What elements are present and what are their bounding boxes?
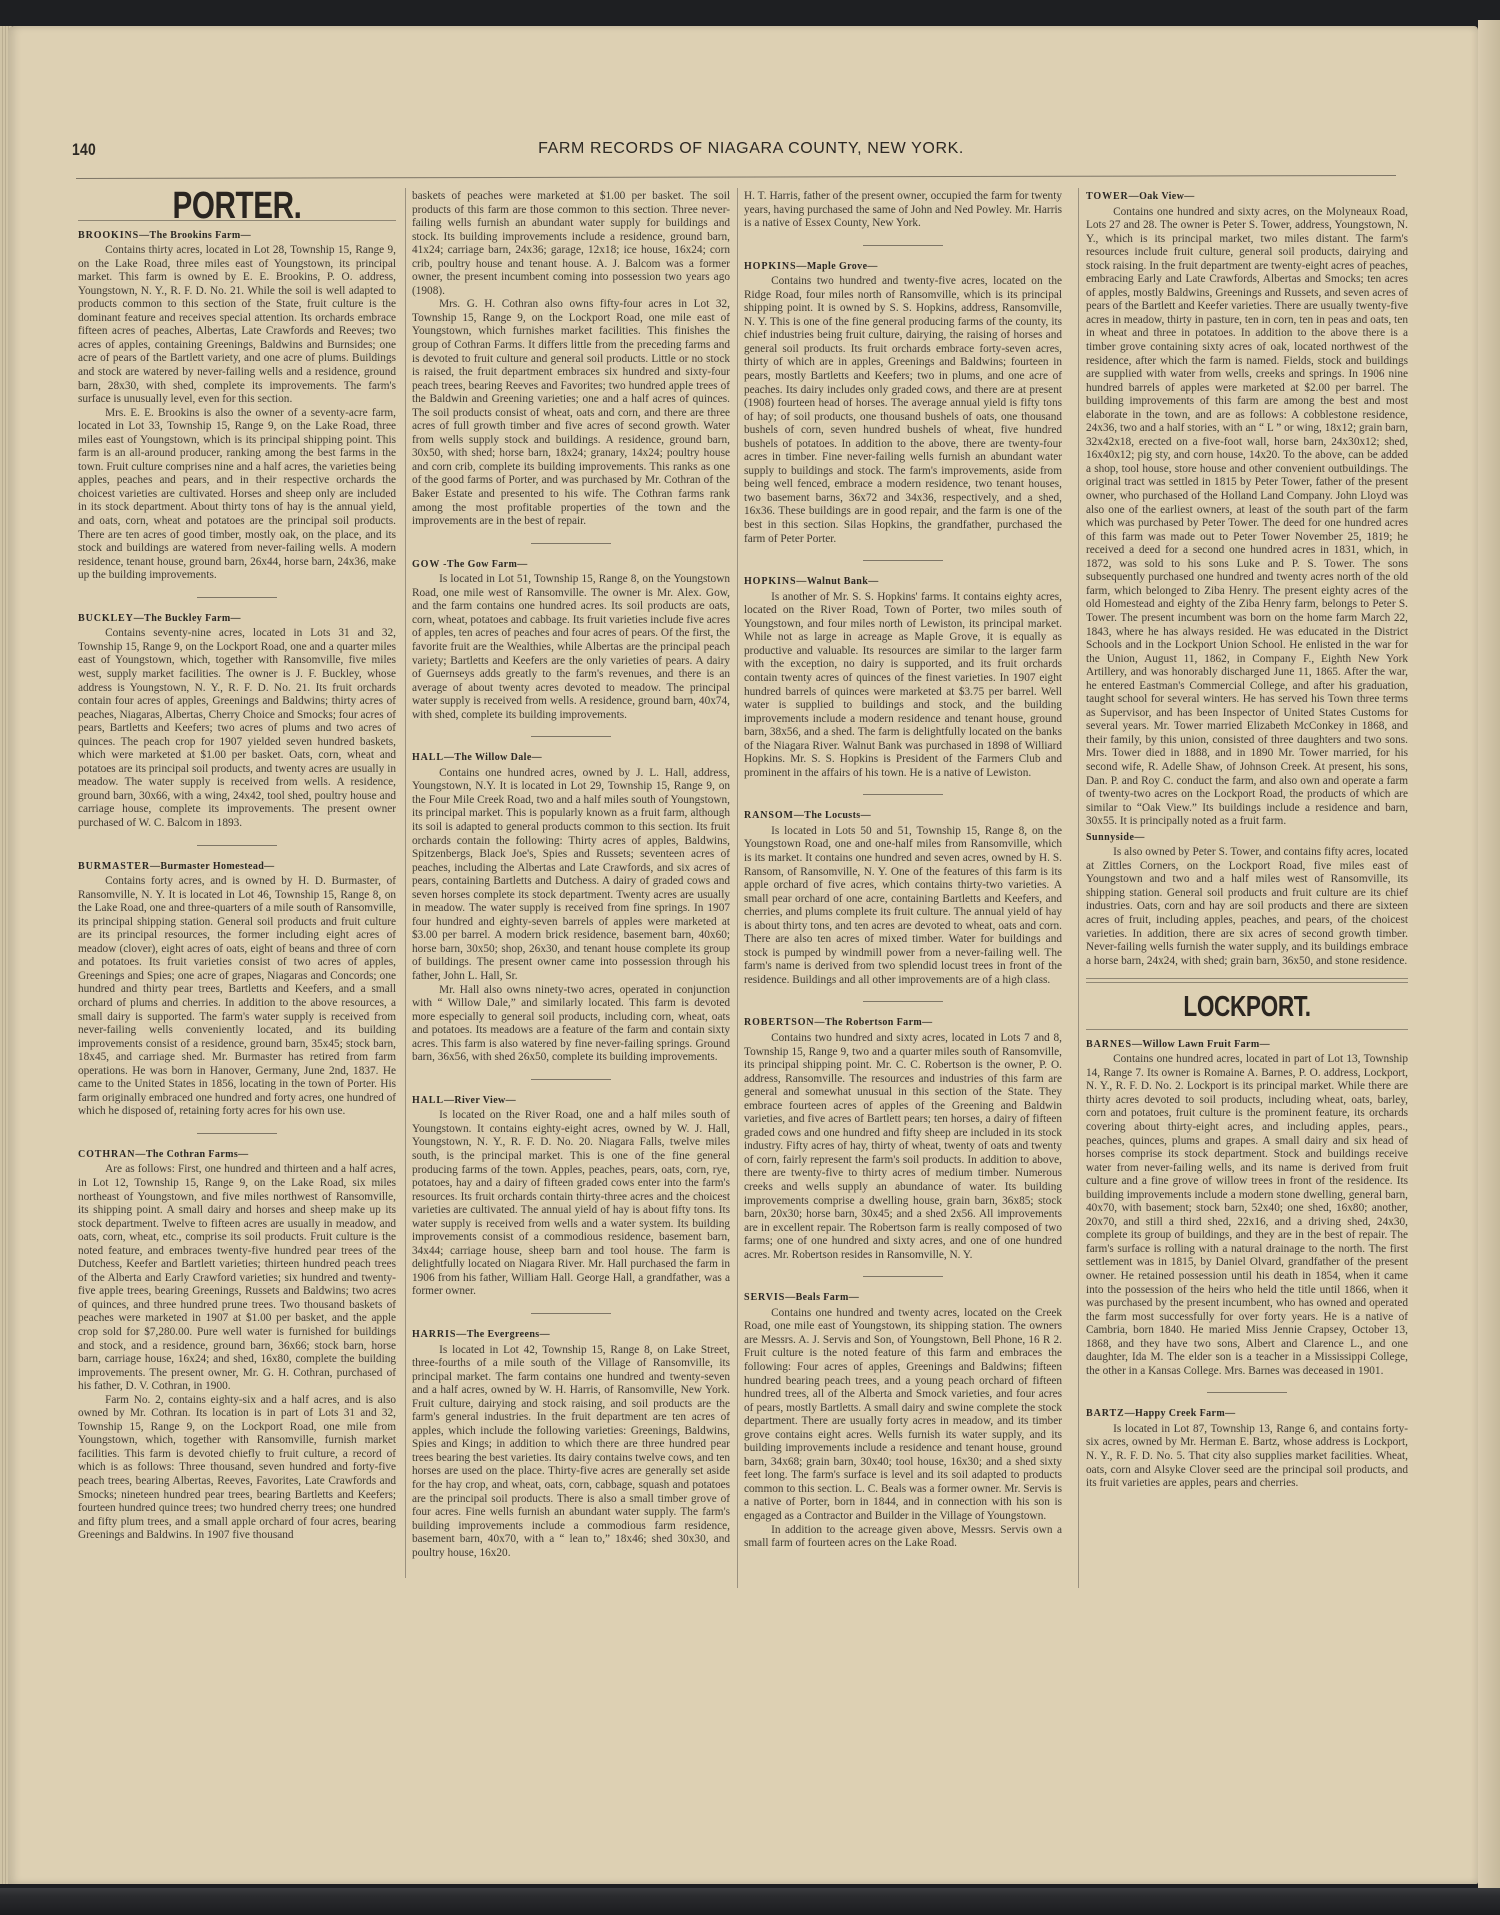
entry-heading: COTHRAN—The Cothran Farms— [78, 1148, 396, 1162]
paragraph: Contains one hundred acres, located in p… [1086, 1053, 1408, 1378]
paragraph: Is also owned by Peter S. Tower, and con… [1086, 846, 1408, 968]
farm-entry: HOPKINS—Maple Grove—Contains two hundred… [744, 260, 1062, 546]
paragraph: Contains two hundred and twenty-five acr… [744, 275, 1062, 546]
farm-entry: COTHRAN—The Cothran Farms—Are as follows… [78, 1148, 396, 1543]
running-head: 140 FARM RECORDS OF NIAGARA COUNTY, NEW … [72, 140, 1430, 166]
entry-separator [197, 1133, 277, 1134]
farm-entry: HALL—The Willow Dale—Contains one hundre… [412, 751, 730, 1065]
farm-name: —Walnut Bank— [796, 576, 878, 587]
farm-name: —Maple Grove— [796, 261, 877, 272]
farm-name: —River View— [444, 1095, 516, 1106]
farm-entry: RANSOM—The Locusts—Is located in Lots 50… [744, 809, 1062, 987]
entry-separator [863, 560, 943, 561]
farm-name: -The Gow Farm— [440, 559, 527, 570]
entry-separator [531, 1079, 611, 1080]
farm-entry: HARRIS—The Evergreens—Is located in Lot … [412, 1328, 730, 1560]
paragraph: Mrs. G. H. Cothran also owns fifty-four … [412, 298, 730, 528]
owner-surname: HALL [412, 1095, 444, 1106]
entries: TOWER—Oak View—Contains one hundred and … [1086, 190, 1408, 968]
continued-text: baskets of peaches were marketed at $1.0… [412, 190, 730, 529]
entry-heading: TOWER—Oak View— [1086, 190, 1408, 204]
column-divider [1078, 188, 1079, 1588]
owner-surname: TOWER [1086, 191, 1129, 202]
entries: GOW -The Gow Farm—Is located in Lot 51, … [412, 543, 730, 1561]
town-rule [1086, 1029, 1408, 1030]
paragraph: Contains forty acres, and is owned by H.… [78, 875, 396, 1119]
entry-separator [863, 1276, 943, 1277]
farm-name: —The Robertson Farm— [815, 1017, 933, 1028]
continued-text: H. T. Harris, father of the present owne… [744, 190, 1062, 231]
farm-name: —Oak View— [1129, 191, 1195, 202]
entry-heading: SERVIS—Beals Farm— [744, 1291, 1062, 1305]
farm-entry: BARTZ—Happy Creek Farm—Is located in Lot… [1086, 1407, 1408, 1490]
entries: BARNES—Willow Lawn Fruit Farm—Contains o… [1086, 1038, 1408, 1491]
entry-heading: BARNES—Willow Lawn Fruit Farm— [1086, 1038, 1408, 1052]
paragraph: Contains thirty acres, located in Lot 28… [78, 244, 396, 407]
entry-separator [863, 245, 943, 246]
entry-separator [531, 1313, 611, 1314]
page-edge-right [1478, 20, 1500, 1890]
town-heading-lockport: LOCKPORT. [1121, 1001, 1372, 1015]
farm-name: —The Evergreens— [456, 1329, 550, 1340]
paragraph: Is located in Lot 87, Township 13, Range… [1086, 1423, 1408, 1491]
farm-entry: HALL—River View—Is located on the River … [412, 1094, 730, 1299]
entry-heading: BURMASTER—Burmaster Homestead— [78, 860, 396, 874]
farm-entry: HOPKINS—Walnut Bank—Is another of Mr. S.… [744, 575, 1062, 780]
farm-name: —The Brookins Farm— [139, 230, 251, 241]
farm-entry: BROOKINS—The Brookins Farm—Contains thir… [78, 229, 396, 583]
entry-separator [197, 845, 277, 846]
town-heading-porter: PORTER. [113, 200, 361, 214]
owner-surname: BARNES [1086, 1039, 1132, 1050]
entry-separator [531, 543, 611, 544]
entry-heading: BARTZ—Happy Creek Farm— [1086, 1407, 1408, 1421]
farm-name: —Burmaster Homestead— [150, 861, 275, 872]
entry-heading: RANSOM—The Locusts— [744, 809, 1062, 823]
column-1: PORTER. BROOKINS—The Brookins Farm—Conta… [78, 190, 396, 1543]
entry-heading: BROOKINS—The Brookins Farm— [78, 229, 396, 243]
entry-heading: HARRIS—The Evergreens— [412, 1328, 730, 1342]
paragraph: In addition to the acreage given above, … [744, 1524, 1062, 1551]
farm-entry: GOW -The Gow Farm—Is located in Lot 51, … [412, 558, 730, 723]
farm-entry: BUCKLEY—The Buckley Farm—Contains sevent… [78, 612, 396, 831]
paragraph: H. T. Harris, father of the present owne… [744, 190, 1062, 231]
farm-name: —The Locusts— [794, 810, 871, 821]
paragraph: Mr. Hall also owns ninety-two acres, ope… [412, 984, 730, 1065]
paragraph: Mrs. E. E. Brookins is also the owner of… [78, 407, 396, 583]
entry-separator [531, 736, 611, 737]
column-divider [737, 188, 738, 1588]
owner-surname: BUCKLEY [78, 613, 134, 624]
farm-name: —The Buckley Farm— [134, 613, 241, 624]
entry-separator [863, 1001, 943, 1002]
farm-name: —The Willow Dale— [444, 752, 542, 763]
running-title: FARM RECORDS OF NIAGARA COUNTY, NEW YORK… [72, 140, 1430, 158]
owner-surname: ROBERTSON [744, 1017, 815, 1028]
column-divider [405, 188, 406, 1578]
owner-surname: SERVIS [744, 1292, 785, 1303]
entry-heading: HOPKINS—Walnut Bank— [744, 575, 1062, 589]
owner-surname: HOPKINS [744, 261, 796, 272]
farm-name: —The Cothran Farms— [135, 1149, 248, 1160]
entry-separator [197, 597, 277, 598]
paragraph: Contains one hundred and sixty acres, on… [1086, 206, 1408, 829]
paragraph: Are as follows: First, one hundred and t… [78, 1163, 396, 1393]
owner-surname: HOPKINS [744, 576, 796, 587]
farm-entry: BARNES—Willow Lawn Fruit Farm—Contains o… [1086, 1038, 1408, 1379]
entry-heading: HALL—River View— [412, 1094, 730, 1108]
farm-name: —Beals Farm— [785, 1292, 859, 1303]
column-4: TOWER—Oak View—Contains one hundred and … [1086, 190, 1408, 1491]
entry-separator [863, 794, 943, 795]
paragraph: Contains seventy-nine acres, located in … [78, 627, 396, 830]
owner-surname: HALL [412, 752, 444, 763]
paragraph: Farm No. 2, contains eighty-six and a ha… [78, 1394, 396, 1543]
owner-surname: BURMASTER [78, 861, 150, 872]
paragraph: Is another of Mr. S. S. Hopkins' farms. … [744, 591, 1062, 781]
paragraph: Is located in Lot 42, Township 15, Range… [412, 1344, 730, 1561]
entry-separator [1207, 1392, 1287, 1393]
paragraph: Contains one hundred acres, owned by J. … [412, 767, 730, 984]
entry-heading: HALL—The Willow Dale— [412, 751, 730, 765]
farm-name: —Happy Creek Farm— [1125, 1408, 1236, 1419]
entries: BROOKINS—The Brookins Farm—Contains thir… [78, 229, 396, 1543]
farm-entry: SERVIS—Beals Farm—Contains one hundred a… [744, 1291, 1062, 1550]
entry-heading: ROBERTSON—The Robertson Farm— [744, 1016, 1062, 1030]
farm-name: —Willow Lawn Fruit Farm— [1132, 1039, 1270, 1050]
column-2: baskets of peaches were marketed at $1.0… [412, 190, 730, 1560]
owner-surname: HARRIS [412, 1329, 456, 1340]
farm-entry: ROBERTSON—The Robertson Farm—Contains tw… [744, 1016, 1062, 1262]
owner-surname: BARTZ [1086, 1408, 1125, 1419]
paragraph: Is located in Lot 51, Township 15, Range… [412, 573, 730, 722]
farm-entry: BURMASTER—Burmaster Homestead—Contains f… [78, 860, 396, 1119]
entry-heading: HOPKINS—Maple Grove— [744, 260, 1062, 274]
book-binding [0, 1888, 1500, 1915]
entries: HOPKINS—Maple Grove—Contains two hundred… [744, 245, 1062, 1551]
entry-heading: GOW -The Gow Farm— [412, 558, 730, 572]
column-3: H. T. Harris, father of the present owne… [744, 190, 1062, 1551]
farm-entry: TOWER—Oak View—Contains one hundred and … [1086, 190, 1408, 968]
paragraph: baskets of peaches were marketed at $1.0… [412, 190, 730, 298]
entry-heading: BUCKLEY—The Buckley Farm— [78, 612, 396, 626]
paragraph: Is located on the River Road, one and a … [412, 1109, 730, 1299]
owner-surname: RANSOM [744, 810, 794, 821]
owner-surname: BROOKINS [78, 230, 139, 241]
paragraph: Is located in Lots 50 and 51, Township 1… [744, 825, 1062, 988]
sub-entry-heading: Sunnyside— [1086, 831, 1408, 845]
paragraph: Contains one hundred and twenty acres, l… [744, 1307, 1062, 1524]
town-rule-double [1086, 978, 1408, 983]
owner-surname: GOW [412, 559, 440, 570]
paragraph: Contains two hundred and sixty acres, lo… [744, 1032, 1062, 1262]
owner-surname: COTHRAN [78, 1149, 135, 1160]
